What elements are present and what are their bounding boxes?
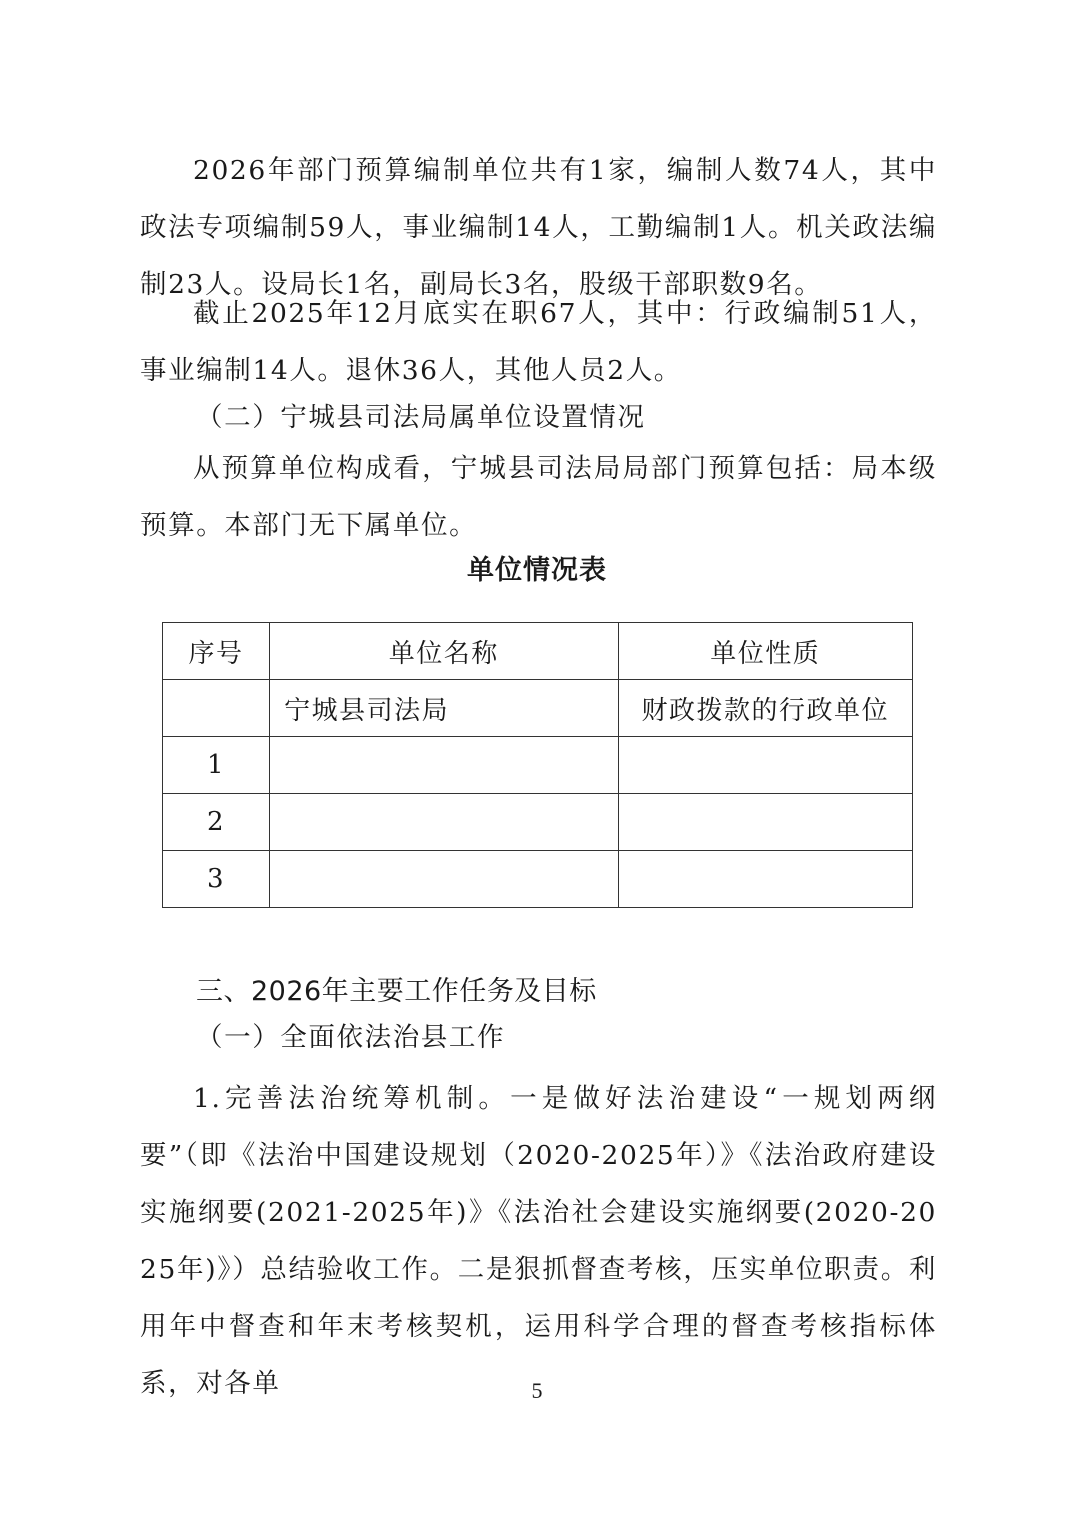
paragraph-rule-of-law-mechanism: 1.完善法治统筹机制。一是做好法治建设“一规划两纲要”（即《法治中国建设规划（2… [140, 1070, 937, 1412]
page-number: 5 [0, 1378, 1074, 1404]
cell-unit-name [270, 851, 618, 908]
table-title: 单位情况表 [0, 551, 1074, 591]
cell-unit-name: 宁城县司法局 [270, 680, 618, 737]
document-page: 2026年部门预算编制单位共有1家，编制人数74人，其中政法专项编制59人，事业… [0, 0, 1074, 1520]
unit-info-table: 序号 单位名称 单位性质 宁城县司法局 财政拨款的行政单位 1 2 3 [162, 622, 913, 908]
cell-index: 3 [163, 851, 270, 908]
cell-unit-nature [618, 851, 912, 908]
header-unit-nature: 单位性质 [618, 623, 912, 680]
table-row: 2 [163, 794, 913, 851]
subheading-rule-of-law: （一）全面依法治县工作 [196, 1018, 505, 1058]
section-heading-main-tasks: 三、2026年主要工作任务及目标 [196, 972, 597, 1012]
cell-index: 1 [163, 737, 270, 794]
cell-unit-nature: 财政拨款的行政单位 [618, 680, 912, 737]
header-index: 序号 [163, 623, 270, 680]
cell-index [163, 680, 270, 737]
table-row: 宁城县司法局 财政拨款的行政单位 [163, 680, 913, 737]
table-header-row: 序号 单位名称 单位性质 [163, 623, 913, 680]
header-unit-name: 单位名称 [270, 623, 618, 680]
paragraph-current-staff: 截止2025年12月底实在职67人，其中：行政编制51人，事业编制14人。退休3… [140, 285, 937, 399]
cell-unit-nature [618, 737, 912, 794]
subheading-affiliated-units: （二）宁城县司法局属单位设置情况 [196, 398, 646, 438]
cell-unit-name [270, 794, 618, 851]
cell-unit-name [270, 737, 618, 794]
cell-unit-nature [618, 794, 912, 851]
cell-index: 2 [163, 794, 270, 851]
table-row: 3 [163, 851, 913, 908]
table-row: 1 [163, 737, 913, 794]
paragraph-budget-composition: 从预算单位构成看，宁城县司法局局部门预算包括：局本级预算。本部门无下属单位。 [140, 440, 937, 554]
